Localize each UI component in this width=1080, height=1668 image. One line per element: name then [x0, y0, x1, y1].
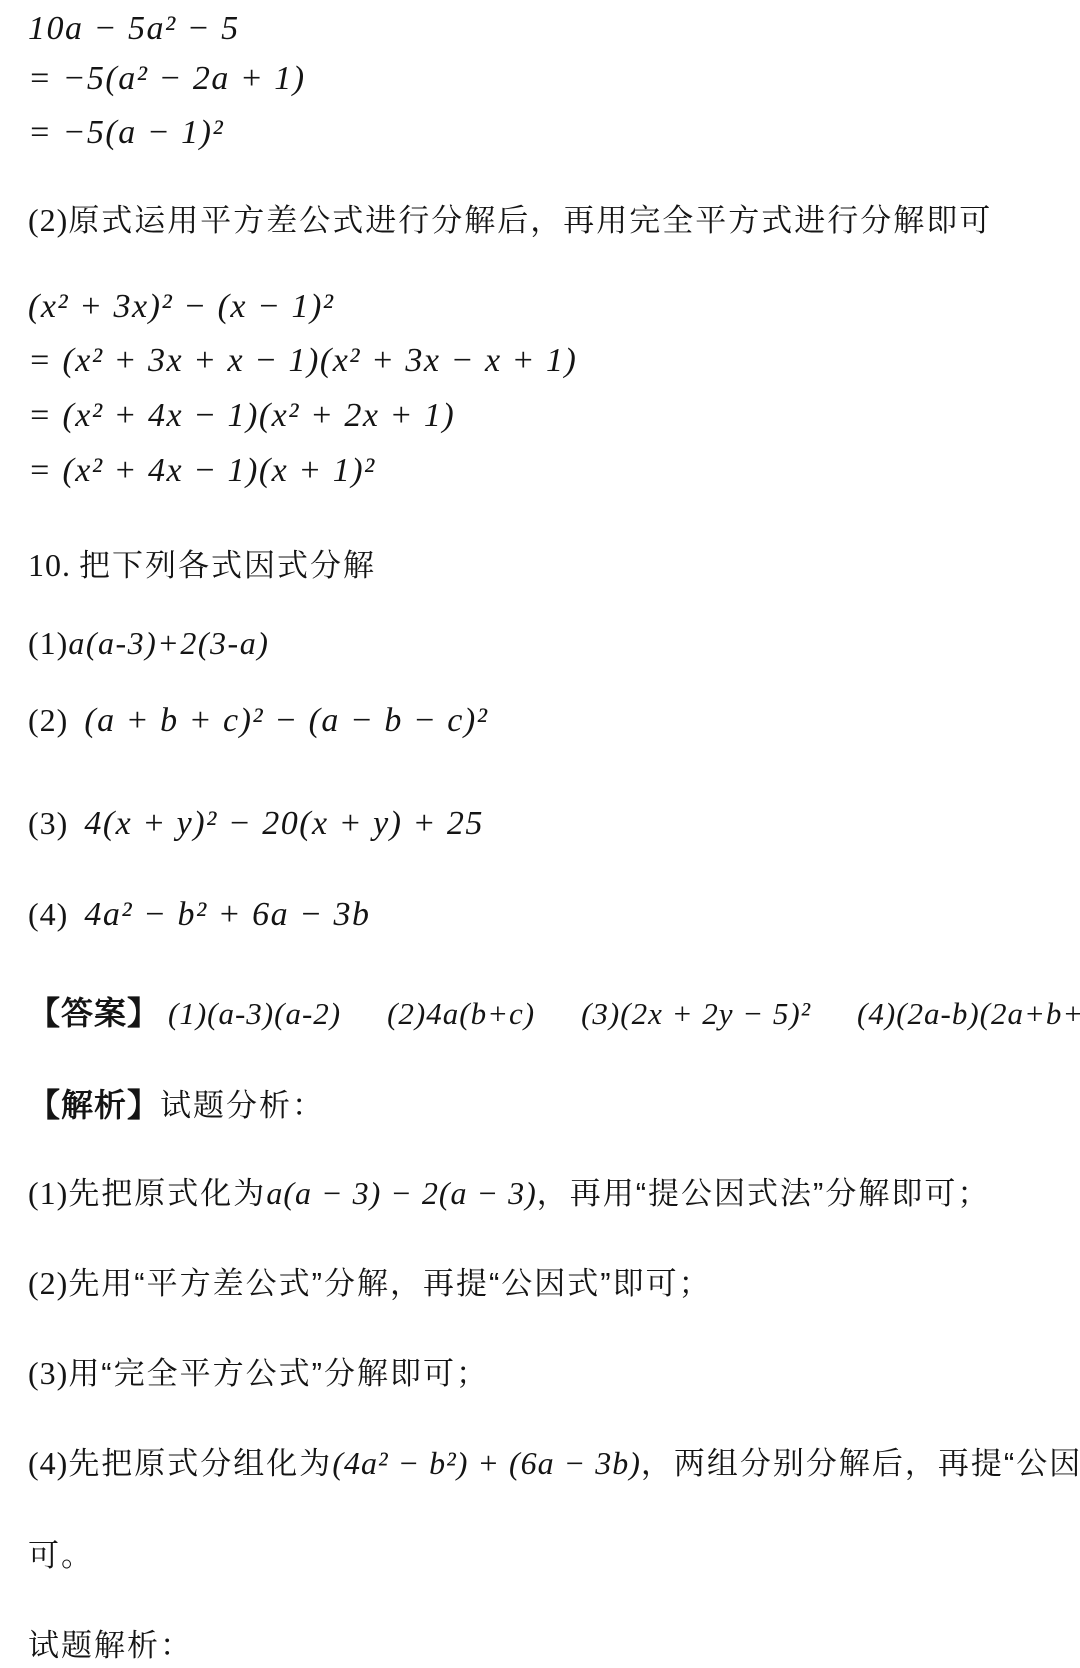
note-line: (2)原式运用平方差公式进行分解后，再用完全平方式进行分解即可	[28, 195, 992, 240]
answer-part: (3)(2x + 2y − 5)²	[581, 996, 811, 1032]
math-step: 10a − 5a² − 5	[28, 10, 240, 48]
item-label: (2)	[28, 702, 68, 738]
point-text: 先用“平方差公式”分解，再提“公因式”即可；	[68, 1266, 711, 1301]
problem-number: 10.	[28, 547, 71, 583]
analysis-point: (4)先把原式分组化为(4a² − b²) + (6a − 3b)，两组分别分解…	[28, 1438, 1080, 1483]
analysis-heading: 【解析】试题分析：	[28, 1080, 325, 1126]
item-label: (3)	[28, 805, 68, 841]
item-label: (1)	[28, 625, 68, 661]
analysis-tag: 【解析】	[28, 1087, 160, 1123]
problem-title: 把下列各式因式分解	[79, 548, 376, 583]
point-text: 用“完全平方公式”分解即可；	[68, 1356, 489, 1391]
item-expression: (a + b + c)² − (a − b − c)²	[84, 702, 488, 739]
problem-item: (1)a(a-3)+2(3-a)	[28, 625, 269, 662]
item-expression: a(a-3)+2(3-a)	[68, 625, 269, 661]
item-expression: 4(x + y)² − 20(x + y) + 25	[84, 805, 484, 842]
point-label: (2)	[28, 1265, 68, 1301]
problem-heading: 10.把下列各式因式分解	[28, 540, 376, 585]
item-label: (4)	[28, 896, 68, 932]
math-step: = (x² + 3x + x − 1)(x² + 3x − x + 1)	[28, 342, 577, 380]
answer-part: (1)(a-3)(a-2)	[168, 996, 341, 1032]
analysis-point: (1)先把原式化为a(a − 3) − 2(a − 3)，再用“提公因式法”分解…	[28, 1168, 990, 1213]
point-label: (1)	[28, 1175, 68, 1211]
point-label: (3)	[28, 1355, 68, 1391]
analysis-heading-text: 试题分析：	[160, 1088, 325, 1123]
point-text: 先把原式分组化为	[68, 1446, 332, 1481]
note-label: (2)	[28, 202, 68, 238]
problem-item: (3)4(x + y)² − 20(x + y) + 25	[28, 805, 484, 843]
answer-line: 【答案】(1)(a-3)(a-2)(2)4a(b+c)(3)(2x + 2y −…	[28, 988, 1080, 1034]
point-math: a(a − 3) − 2(a − 3)	[266, 1175, 536, 1211]
problem-item: (4)4a² − b² + 6a − 3b	[28, 896, 371, 934]
worksheet-page: 10a − 5a² − 5 = −5(a² − 2a + 1) = −5(a −…	[0, 0, 1080, 1668]
problem-item: (2)(a + b + c)² − (a − b − c)²	[28, 702, 488, 740]
math-step: (x² + 3x)² − (x − 1)²	[28, 288, 334, 326]
note-text: 原式运用平方差公式进行分解后，再用完全平方式进行分解即可	[68, 203, 992, 238]
analysis-point: (3)用“完全平方公式”分解即可；	[28, 1348, 489, 1393]
item-expression: 4a² − b² + 6a − 3b	[84, 896, 370, 933]
math-step: = −5(a − 1)²	[28, 114, 224, 152]
answer-part: (4)(2a-b)(2a+b+3)	[857, 996, 1080, 1032]
analysis-point: (2)先用“平方差公式”分解，再提“公因式”即可；	[28, 1258, 712, 1303]
continuation-line: 可。	[28, 1530, 94, 1575]
explanation-heading: 试题解析：	[28, 1620, 193, 1665]
point-math: (4a² − b²) + (6a − 3b)	[332, 1445, 641, 1481]
point-text: ，两组分别分解后，再提“公因式”即	[641, 1446, 1080, 1481]
answer-part: (2)4a(b+c)	[387, 996, 535, 1032]
point-label: (4)	[28, 1445, 68, 1481]
math-step: = −5(a² − 2a + 1)	[28, 60, 306, 98]
point-text: 先把原式化为	[68, 1176, 266, 1211]
answer-tag: 【答案】	[28, 995, 160, 1031]
point-text: ，再用“提公因式法”分解即可；	[537, 1176, 991, 1211]
math-step: = (x² + 4x − 1)(x + 1)²	[28, 452, 376, 490]
math-step: = (x² + 4x − 1)(x² + 2x + 1)	[28, 397, 455, 435]
